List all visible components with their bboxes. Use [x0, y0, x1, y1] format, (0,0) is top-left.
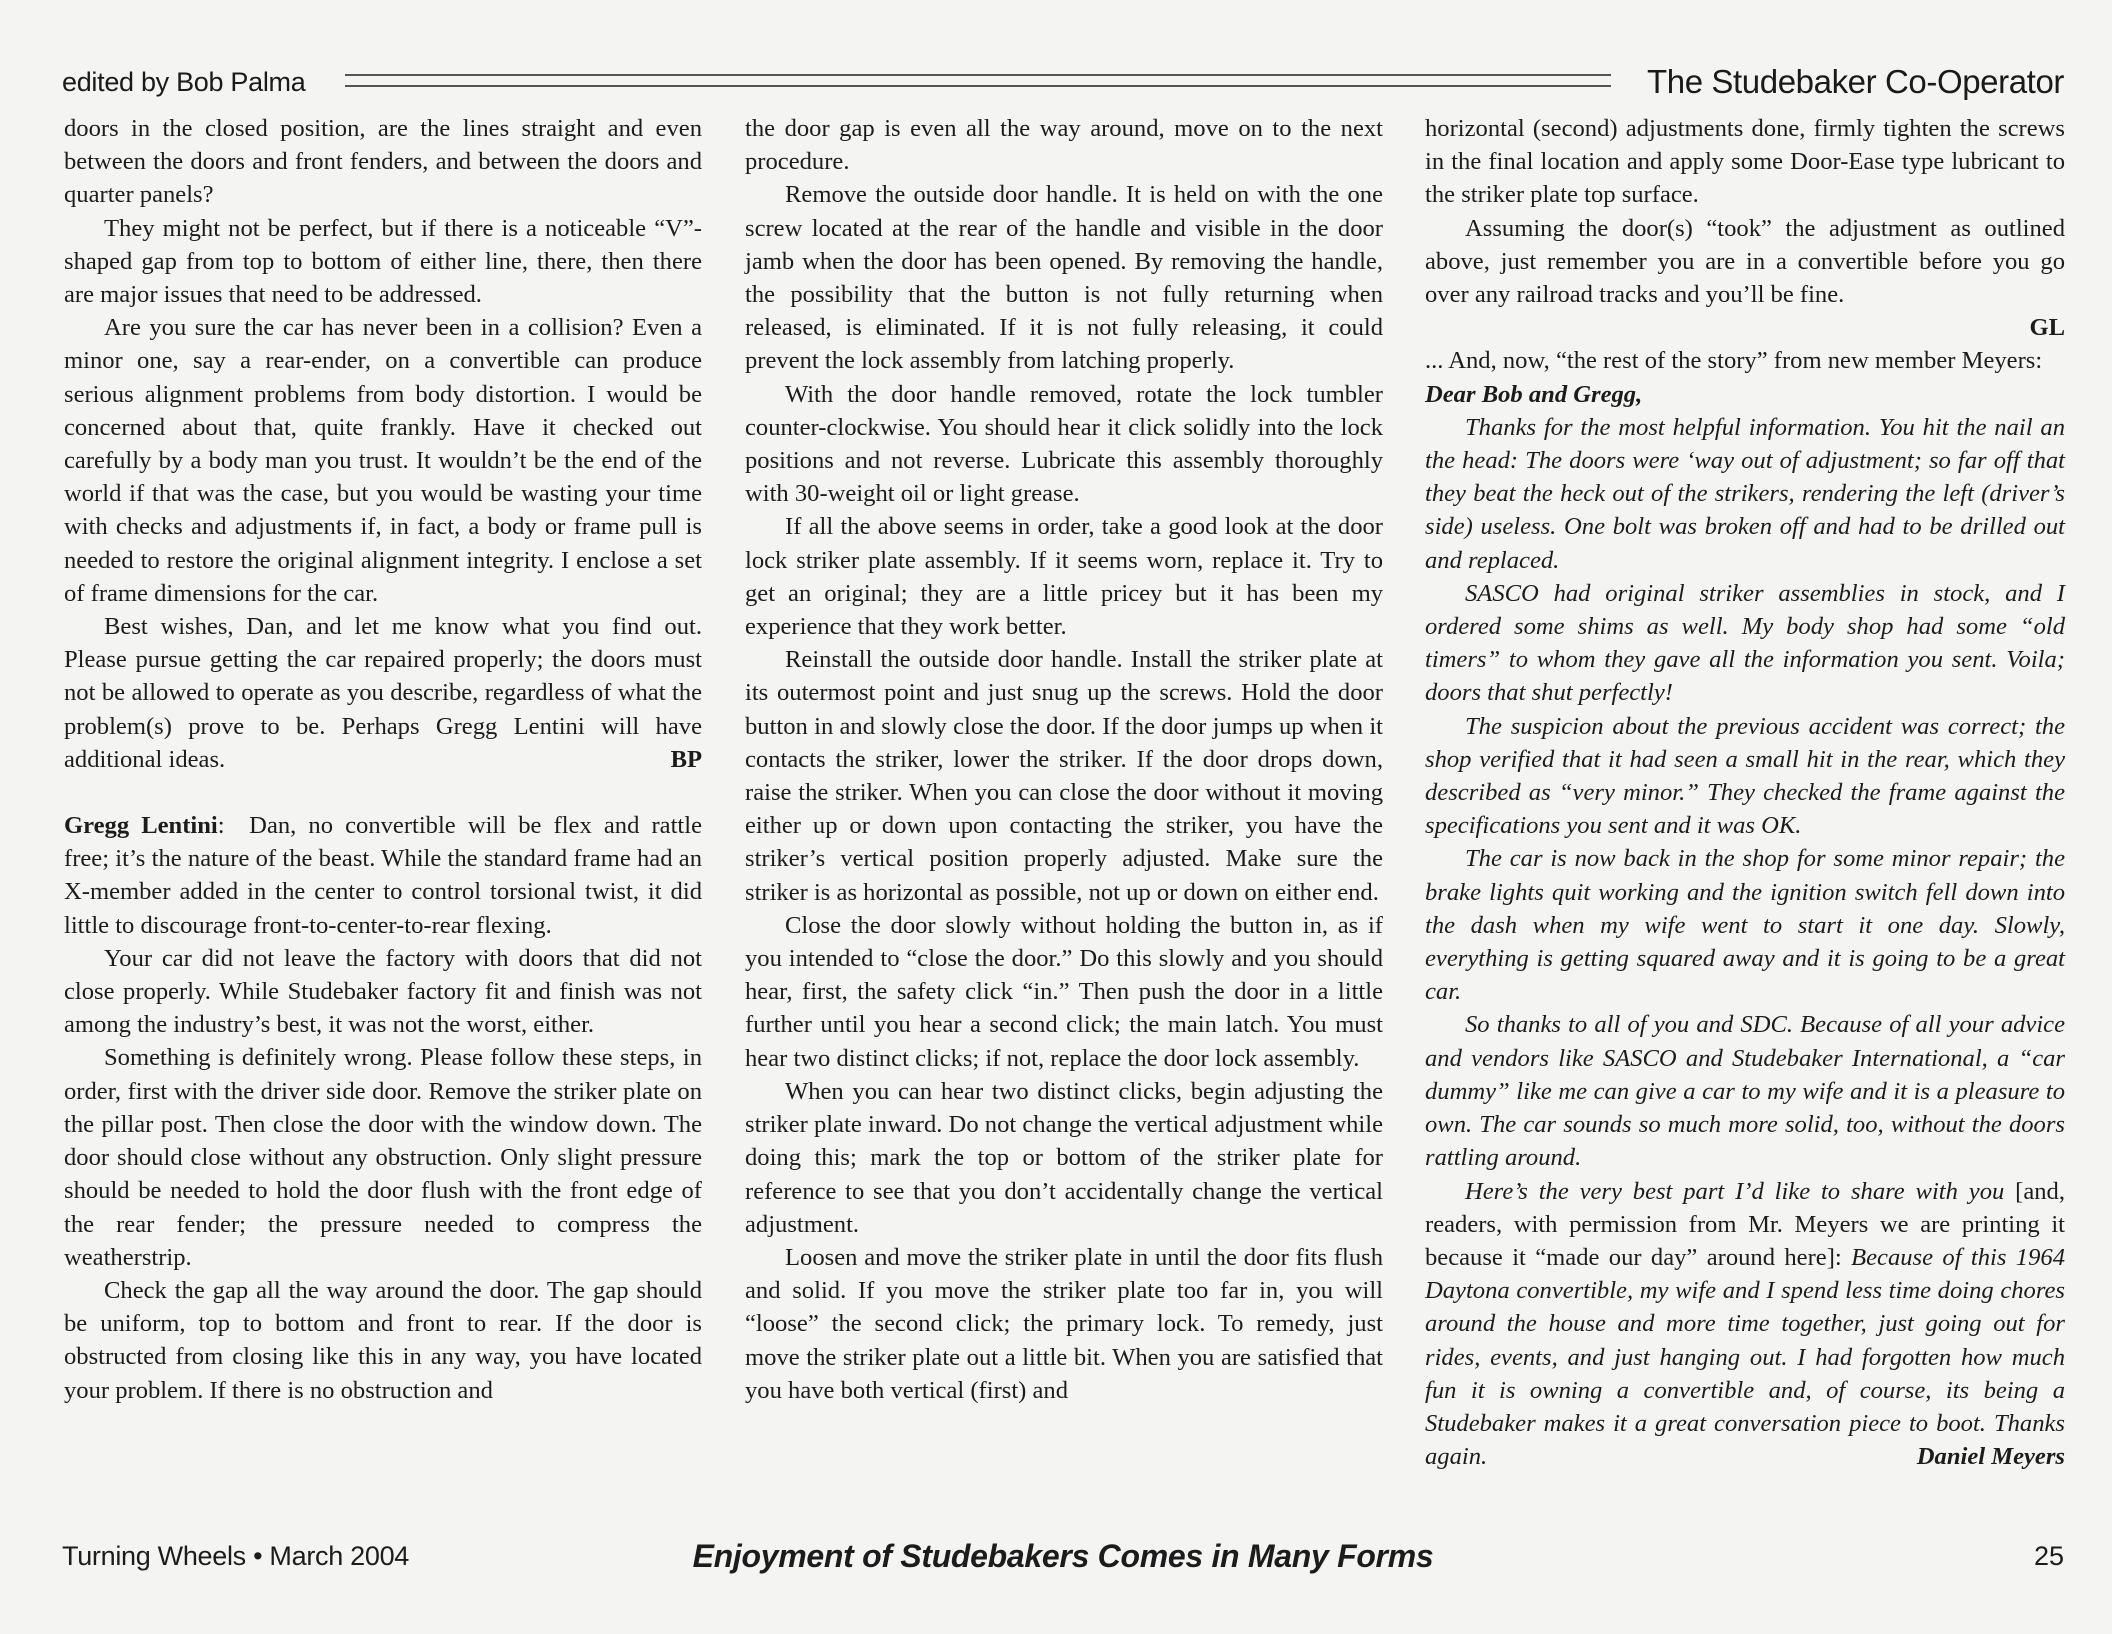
article-column-3: horizontal (second) adjustments done, fi… [1425, 112, 2065, 1473]
respondent-name: Gregg Lentini [64, 812, 218, 839]
letter-paragraph: The car is now back in the shop for some… [1425, 842, 2065, 1008]
footer-tagline: Enjoyment of Studebakers Comes in Many F… [693, 1538, 1434, 1575]
signature-bp: BP [631, 743, 702, 776]
letter-paragraph: Here’s the very best part I’d like to sh… [1425, 1175, 2065, 1474]
paragraph: Your car did not leave the factory with … [64, 942, 702, 1042]
letter-paragraph: The suspicion about the previous acciden… [1425, 710, 2065, 843]
paragraph: With the door handle removed, rotate the… [745, 378, 1383, 511]
header-double-rule [345, 74, 1611, 87]
publication-info: Turning Wheels • March 2004 [62, 1541, 482, 1572]
paragraph: Loosen and move the striker plate in unt… [745, 1241, 1383, 1407]
paragraph: Remove the outside door handle. It is he… [745, 178, 1383, 377]
letter-paragraph: Thanks for the most helpful information.… [1425, 411, 2065, 577]
column-title: The Studebaker Co-Operator [1647, 63, 2064, 101]
paragraph: ... And, now, “the rest of the story” fr… [1425, 344, 2065, 377]
article-column-2: the door gap is even all the way around,… [745, 112, 1383, 1407]
paragraph: Best wishes, Dan, and let me know what y… [64, 610, 702, 776]
paragraph: They might not be perfect, but if there … [64, 212, 702, 312]
letter-text-italic: Because of this 1964 Daytona convertible… [1425, 1244, 2065, 1470]
letter-signature: Daniel Meyers [1877, 1440, 2065, 1473]
paragraph: Reinstall the outside door handle. Insta… [745, 643, 1383, 909]
paragraph: doors in the closed position, are the li… [64, 112, 702, 212]
editor-credit: edited by Bob Palma [62, 67, 305, 98]
paragraph: horizontal (second) adjustments done, fi… [1425, 112, 2065, 212]
signature-gl: GL [1425, 311, 2065, 344]
spacer [64, 776, 702, 809]
paragraph: When you can hear two distinct clicks, b… [745, 1075, 1383, 1241]
letter-paragraph: SASCO had original striker assemblies in… [1425, 577, 2065, 710]
paragraph: Close the door slowly without holding th… [745, 909, 1383, 1075]
paragraph: the door gap is even all the way around,… [745, 112, 1383, 178]
letter-text-italic: Here’s the very best part I’d like to sh… [1465, 1178, 2004, 1205]
paragraph: If all the above seems in order, take a … [745, 510, 1383, 643]
page-header: edited by Bob Palma The Studebaker Co-Op… [62, 60, 2064, 104]
letter-salutation: Dear Bob and Gregg, [1425, 378, 2065, 411]
page-footer: Turning Wheels • March 2004 Enjoyment of… [62, 1536, 2064, 1576]
page-number: 25 [1644, 1541, 2064, 1572]
paragraph: Something is definitely wrong. Please fo… [64, 1041, 702, 1273]
paragraph: Assuming the door(s) “took” the adjustme… [1425, 212, 2065, 312]
paragraph-text: Best wishes, Dan, and let me know what y… [64, 613, 702, 773]
paragraph: Check the gap all the way around the doo… [64, 1274, 702, 1407]
article-column-1: doors in the closed position, are the li… [64, 112, 702, 1407]
paragraph: Are you sure the car has never been in a… [64, 311, 702, 610]
letter-paragraph: So thanks to all of you and SDC. Because… [1425, 1008, 2065, 1174]
paragraph: Gregg Lentini: Dan, no convertible will … [64, 809, 702, 942]
